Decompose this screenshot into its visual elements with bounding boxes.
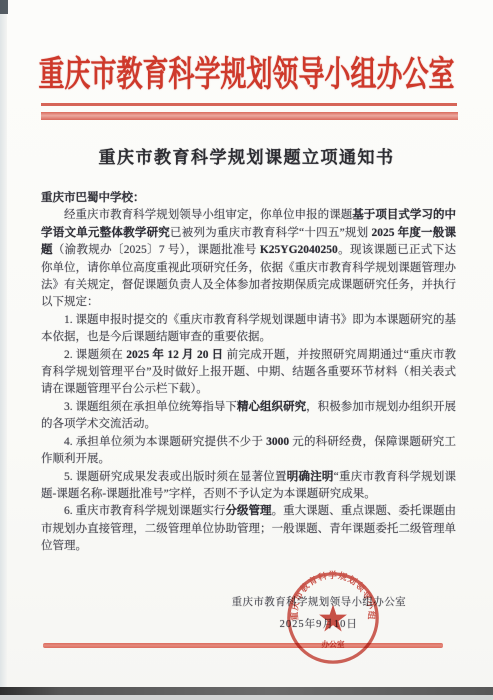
emphasized-text: 3000 <box>266 436 289 448</box>
paragraph-rule-1: 1. 课题申报时提交的《重庆市教育科学规划课题申请书》即为本课题研究的基本依据，… <box>41 312 456 347</box>
body-text-run: 4. 承担单位须为本课题研究提供不少于 <box>64 436 266 448</box>
body-text-run: 5. 课题研究成果发表或出版时须在显著位置 <box>64 471 287 483</box>
emphasized-text: 2025 年 12 月 20 日 <box>126 349 223 361</box>
paragraph-rule-5: 5. 课题研究成果发表或出版时须在显著位置明确注明“重庆市教育科学规划课题-课题… <box>41 469 456 504</box>
paper-left-edge <box>0 0 7 690</box>
photo-bottom-background <box>0 695 493 700</box>
document-body: 重庆市巴蜀中学校： 经重庆市教育科学规划领导小组审定，你单位申报的课题基于项目式… <box>41 190 456 556</box>
emphasized-text: 分级管理 <box>225 505 271 517</box>
body-text-run: （渝教规办〔2025〕7 号），课题批准号 <box>53 244 260 256</box>
paragraph-rule-4: 4. 承担单位须为本课题研究提供不少于 3000 元的科研经费，保障课题研究工作… <box>41 434 456 469</box>
paragraph-rule-3: 3. 课题组须在承担单位统筹指导下精心组织研究，积极参加市规划办组织开展的各项学… <box>41 399 456 434</box>
document-title: 重庆市教育科学规划课题立项通知书 <box>0 143 493 168</box>
emphasized-text: K25YG2040250 <box>260 244 338 256</box>
official-seal-icon: 重庆市教育科学规划领导小组 办公室 <box>284 570 382 666</box>
paragraph-intro: 经重庆市教育科学规划领导小组审定，你单位申报的课题基于项目式学习的中学语文单元整… <box>41 207 456 311</box>
body-text-run: 已被列为重庆市教育科学“十四五”规划 <box>170 227 371 239</box>
document-page: 重庆市教育科学规划领导小组办公室 重庆市教育科学规划课题立项通知书 重庆市巴蜀中… <box>0 0 493 700</box>
letterhead-red-rule <box>41 112 458 120</box>
paragraph-rule-2: 2. 课题须在 2025 年 12 月 20 日 前完成开题，并按照研究周期通过… <box>41 347 456 399</box>
photo-corner-notch <box>0 0 8 14</box>
photo-bottom-edge <box>0 687 493 695</box>
body-text-run: 2. 课题须在 <box>64 349 126 361</box>
emphasized-text: 精心组织研究 <box>237 401 306 413</box>
letterhead-office-name: 重庆市教育科学规划领导小组办公室 <box>0 47 493 97</box>
seal-bottom-text: 办公室 <box>321 639 344 649</box>
body-text-run: 经重庆市教育科学规划领导小组审定，你单位申报的课题 <box>64 209 352 221</box>
emphasized-text: 明确注明 <box>287 471 334 483</box>
body-text-run: 6. 重庆市教育科学规划课题实行 <box>64 505 225 517</box>
footer-red-rule <box>43 643 443 648</box>
paragraph-rule-6: 6. 重庆市教育科学规划课题实行分级管理。重大课题、重点课题、委托课题由市规划办… <box>41 503 456 555</box>
body-text-run: 3. 课题组须在承担单位统筹指导下 <box>64 401 237 413</box>
body-text-run: 1. 课题申报时提交的《重庆市教育科学规划课题申请书》即为本课题研究的基本依据，… <box>41 314 456 343</box>
letterhead-thin-rule <box>41 103 457 106</box>
salutation: 重庆市巴蜀中学校： <box>41 190 456 207</box>
seal-star-icon <box>319 605 347 632</box>
